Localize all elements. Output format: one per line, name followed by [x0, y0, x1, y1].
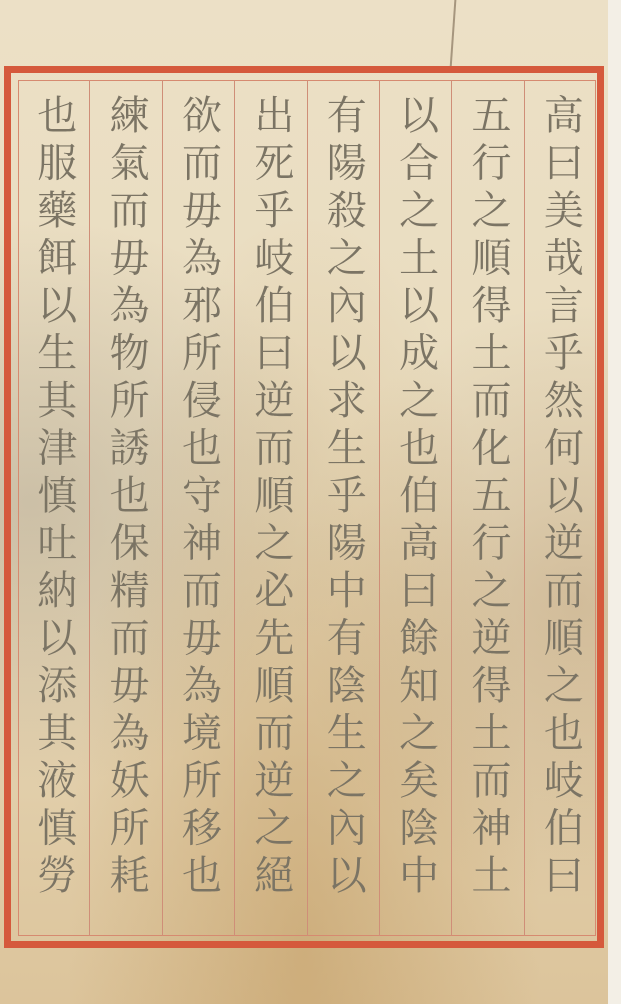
text-column-3: 以合之土以成之也伯高曰餘知之矣陰中: [379, 80, 451, 936]
text-columns: 高曰美哉言乎然何以逆而順之也岐伯曰 五行之順得土而化五行之逆得土而神土 以合之土…: [18, 80, 596, 936]
column-text: 以合之土以成之也伯高曰餘知之矣陰中: [396, 80, 436, 936]
column-text: 練氣而毋為物所誘也保精而毋為妖所耗: [106, 80, 146, 936]
page-edge: [608, 0, 621, 1004]
column-text: 欲而毋為邪所侵也守神而毋為境所移也: [178, 80, 218, 936]
column-text: 高曰美哉言乎然何以逆而順之也岐伯曰: [540, 80, 580, 936]
text-column-4: 有陽殺之內以求生乎陽中有陰生之內以: [307, 80, 379, 936]
column-text: 有陽殺之內以求生乎陽中有陰生之內以: [323, 80, 363, 936]
text-column-5: 出死乎岐伯曰逆而順之必先順而逆之絕: [234, 80, 306, 936]
text-column-8: 也服藥餌以生其津慎吐納以添其液慎勞: [18, 80, 89, 936]
text-column-1: 高曰美哉言乎然何以逆而順之也岐伯曰: [524, 80, 596, 936]
text-column-6: 欲而毋為邪所侵也守神而毋為境所移也: [162, 80, 234, 936]
column-text: 出死乎岐伯曰逆而順之必先順而逆之絕: [251, 80, 291, 936]
text-column-2: 五行之順得土而化五行之逆得土而神土: [451, 80, 523, 936]
text-column-7: 練氣而毋為物所誘也保精而毋為妖所耗: [89, 80, 161, 936]
column-text: 五行之順得土而化五行之逆得土而神土: [468, 80, 508, 936]
column-text: 也服藥餌以生其津慎吐納以添其液慎勞: [34, 80, 74, 936]
